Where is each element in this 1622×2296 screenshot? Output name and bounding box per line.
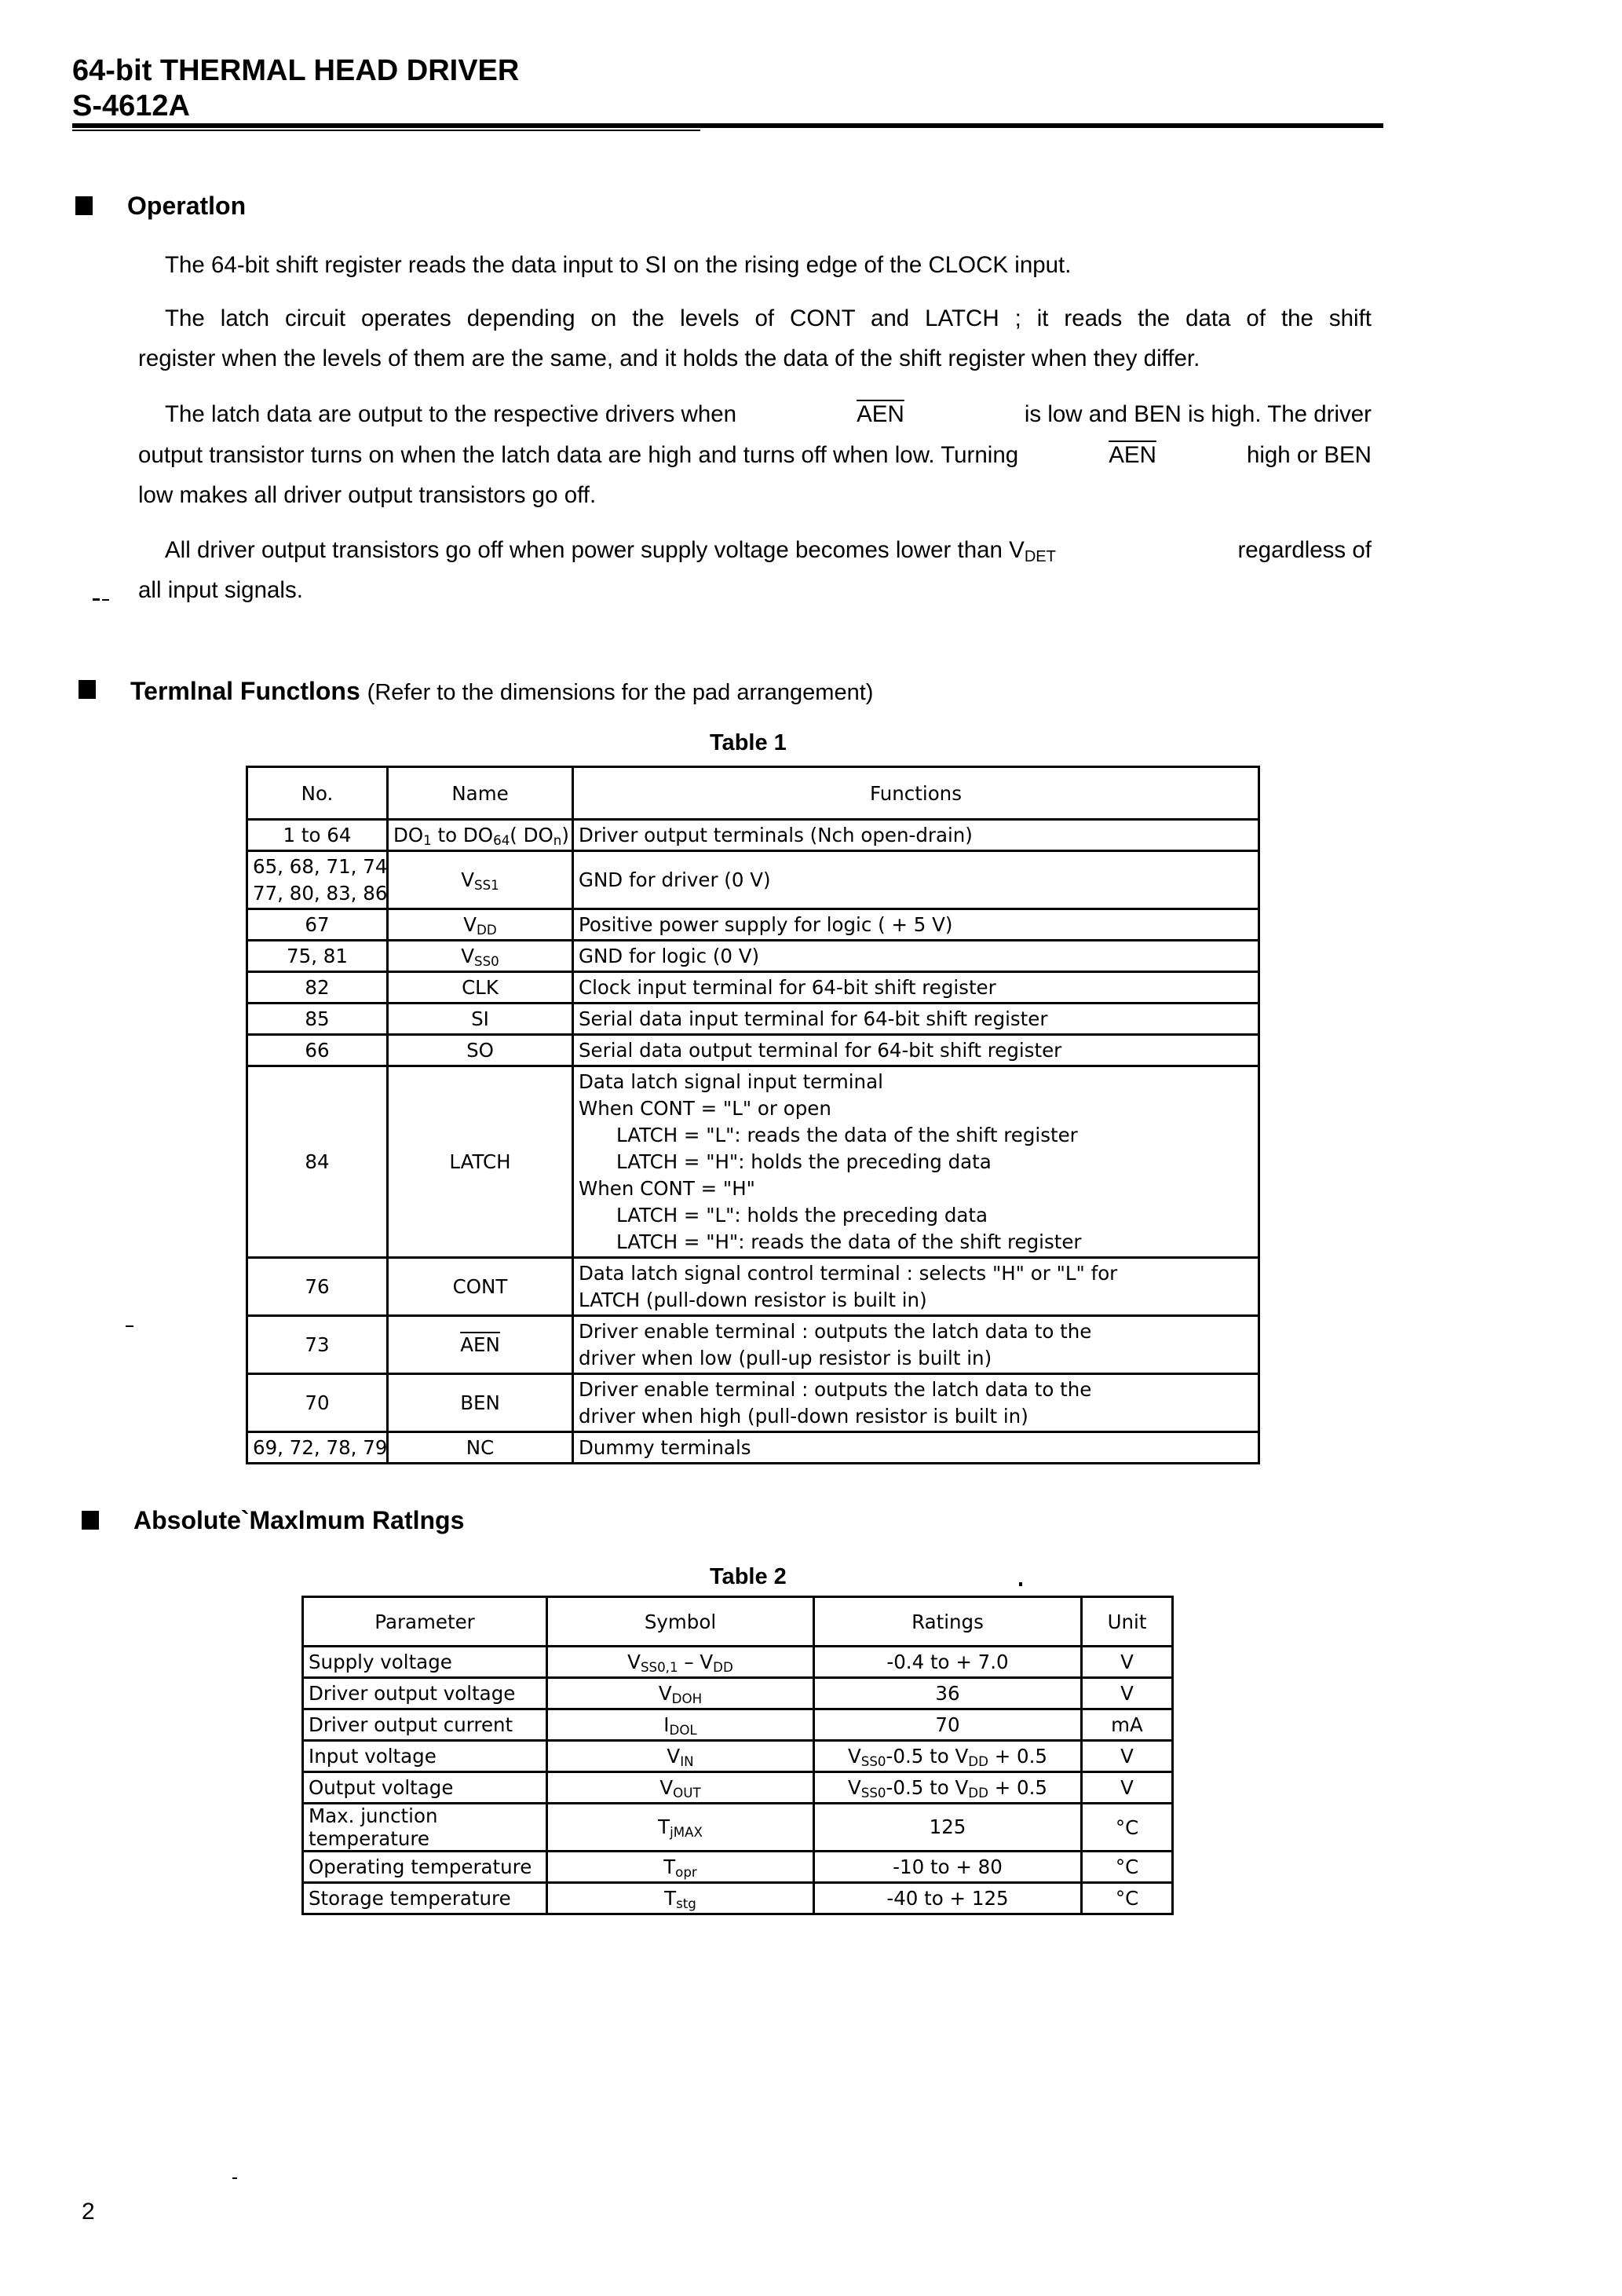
- cell-symbol: Topr: [547, 1852, 814, 1883]
- cell-text: Serial data input terminal for 64-bit sh…: [579, 1006, 1253, 1033]
- cell-no: 75, 81: [247, 941, 388, 972]
- text: – V: [678, 1651, 714, 1673]
- section-bullet-icon: [82, 1511, 99, 1530]
- cell-text: 82: [253, 974, 382, 1001]
- cell-text: VDD: [393, 912, 567, 938]
- subscript: OUT: [673, 1786, 700, 1801]
- text: 125: [930, 1815, 966, 1838]
- text: All driver output transistors go off whe…: [165, 537, 1025, 563]
- column-header-no: No.: [247, 767, 388, 820]
- subscript: DOL: [670, 1723, 697, 1738]
- table-header-row: No. Name Functions: [247, 767, 1259, 820]
- cell-text: 85: [253, 1006, 382, 1033]
- table-row: 1 to 64DO1 to DO64( DOn)Driver output te…: [247, 820, 1259, 851]
- text: output transistor turns on when the latc…: [138, 440, 1018, 471]
- cell-text: 65, 68, 71, 74,: [253, 854, 382, 880]
- scan-artifact: [126, 1325, 133, 1327]
- cell-ratings: -40 to + 125: [814, 1883, 1082, 1914]
- operation-paragraph-3-line-3: low makes all driver output transistors …: [138, 480, 596, 511]
- cell-functions: Clock input terminal for 64-bit shift re…: [573, 972, 1259, 1004]
- cell-parameter: Supply voltage: [303, 1647, 547, 1678]
- table-2-caption: Table 2: [710, 1563, 787, 1591]
- cell-symbol: IDOL: [547, 1709, 814, 1741]
- cell-unit: °C: [1082, 1852, 1173, 1883]
- text: -0.5 to V: [886, 1776, 969, 1799]
- text: T: [663, 1855, 675, 1878]
- cell-no: 76: [247, 1258, 388, 1316]
- cell-unit: V: [1082, 1647, 1173, 1678]
- cell-functions: Data latch signal control terminal : sel…: [573, 1258, 1259, 1316]
- cell-parameter: Operating temperature: [303, 1852, 547, 1883]
- cell-text: SO: [393, 1037, 567, 1064]
- cell-no: 84: [247, 1066, 388, 1258]
- cell-name: CONT: [388, 1258, 573, 1316]
- subscript: stg: [676, 1896, 696, 1911]
- cell-functions: Driver enable terminal : outputs the lat…: [573, 1374, 1259, 1432]
- section-heading-absolute-maximum-ratings: Absolute`Maxlmum Ratlngs: [133, 1504, 464, 1536]
- cell-parameter: Output voltage: [303, 1772, 547, 1804]
- cell-text: LATCH = "L": reads the data of the shift…: [579, 1122, 1253, 1149]
- cell-symbol: Tstg: [547, 1883, 814, 1914]
- column-header-functions: Functions: [573, 767, 1259, 820]
- subscript: DD: [477, 923, 497, 938]
- text: regardless of: [1237, 535, 1372, 566]
- table-row: 76CONTData latch signal control terminal…: [247, 1258, 1259, 1316]
- cell-no: 73: [247, 1316, 388, 1374]
- text: All driver output transistors go off whe…: [165, 535, 1056, 566]
- operation-paragraph-3-line-2: output transistor turns on when the latc…: [138, 440, 1372, 471]
- section-heading-terminal-functions: Termlnal Functlons (Refer to the dimensi…: [130, 675, 873, 708]
- cell-text: VSS0-0.5 to VDD + 0.5: [820, 1775, 1076, 1801]
- cell-text: 67: [253, 912, 382, 938]
- scan-artifact: [1019, 1582, 1022, 1586]
- subscript: jMAX: [670, 1825, 703, 1840]
- table-row: 84LATCHData latch signal input terminalW…: [247, 1066, 1259, 1258]
- aen-signal: AEN: [857, 399, 904, 430]
- cell-functions: Driver output terminals (Nch open-drain): [573, 820, 1259, 851]
- section-bullet-icon: [79, 680, 96, 699]
- text: T: [658, 1815, 670, 1838]
- cell-text: DO1 to DO64( DOn): [393, 822, 567, 849]
- text: V: [659, 1776, 673, 1799]
- cell-parameter: Driver output current: [303, 1709, 547, 1741]
- column-header-symbol: Symbol: [547, 1597, 814, 1647]
- cell-name: CLK: [388, 972, 573, 1004]
- document-title: 64-bit THERMAL HEAD DRIVER: [72, 53, 519, 88]
- text: ): [561, 824, 569, 846]
- cell-ratings: -0.4 to + 7.0: [814, 1647, 1082, 1678]
- subscript: 1: [423, 833, 432, 848]
- cell-name: SO: [388, 1035, 573, 1066]
- cell-text: Serial data output terminal for 64-bit s…: [579, 1037, 1253, 1064]
- subscript: DD: [713, 1660, 733, 1675]
- cell-text: 1 to 64: [253, 822, 382, 849]
- text: V: [463, 913, 477, 936]
- cell-name: VSS1: [388, 851, 573, 909]
- cell-ratings: 125: [814, 1804, 1082, 1852]
- text: The latch data are output to the respect…: [165, 399, 736, 430]
- cell-text: 70: [820, 1712, 1076, 1738]
- cell-symbol: TjMAX: [547, 1804, 814, 1852]
- cell-text: 84: [253, 1149, 382, 1175]
- table-row: Storage temperatureTstg-40 to + 125°C: [303, 1883, 1173, 1914]
- header-rule-thin: [72, 130, 700, 131]
- column-header-ratings: Ratings: [814, 1597, 1082, 1647]
- cell-name: LATCH: [388, 1066, 573, 1258]
- cell-text: Driver output terminals (Nch open-drain): [579, 822, 1253, 849]
- absolute-maximum-ratings-table: Parameter Symbol Ratings Unit Supply vol…: [301, 1596, 1174, 1915]
- cell-no: 69, 72, 78, 79: [247, 1432, 388, 1464]
- cell-unit: °C: [1082, 1883, 1173, 1914]
- text: -10 to + 80: [893, 1855, 1003, 1878]
- cell-text: VDOH: [553, 1680, 808, 1707]
- heading-text: Termlnal Functlons: [130, 677, 360, 705]
- cell-name: BEN: [388, 1374, 573, 1432]
- cell-text: GND for logic (0 V): [579, 943, 1253, 970]
- table-row: 70BENDriver enable terminal : outputs th…: [247, 1374, 1259, 1432]
- header-rule: [72, 123, 1383, 128]
- cell-name: VSS0: [388, 941, 573, 972]
- cell-functions: GND for driver (0 V): [573, 851, 1259, 909]
- subscript: SS0: [861, 1754, 886, 1769]
- cell-text: 73: [253, 1332, 382, 1358]
- text: V: [848, 1745, 861, 1768]
- cell-text: When CONT = "L" or open: [579, 1095, 1253, 1122]
- cell-text: 66: [253, 1037, 382, 1064]
- cell-text: NC: [393, 1435, 567, 1461]
- table-row: Supply voltageVSS0,1 – VDD-0.4 to + 7.0V: [303, 1647, 1173, 1678]
- cell-text: 75, 81: [253, 943, 382, 970]
- cell-text: VOUT: [553, 1775, 808, 1801]
- cell-text: 125: [820, 1814, 1076, 1841]
- cell-name: AEN: [388, 1316, 573, 1374]
- cell-text: LATCH: [393, 1149, 567, 1175]
- cell-functions: Data latch signal input terminalWhen CON…: [573, 1066, 1259, 1258]
- cell-text: 76: [253, 1274, 382, 1300]
- operation-paragraph-2-line-2: register when the levels of them are the…: [138, 343, 1200, 375]
- cell-no: 67: [247, 909, 388, 941]
- cell-text: LATCH = "L": holds the preceding data: [579, 1202, 1253, 1229]
- text: V: [667, 1745, 680, 1768]
- table-row: Operating temperatureTopr-10 to + 80°C: [303, 1852, 1173, 1883]
- cell-text: SI: [393, 1006, 567, 1033]
- cell-text: CONT: [393, 1274, 567, 1300]
- table-1-caption: Table 1: [710, 729, 787, 757]
- cell-ratings: VSS0-0.5 to VDD + 0.5: [814, 1772, 1082, 1804]
- table-row: 82CLKClock input terminal for 64-bit shi…: [247, 972, 1259, 1004]
- cell-symbol: VIN: [547, 1741, 814, 1772]
- subscript: SS0: [474, 954, 499, 969]
- cell-functions: Serial data input terminal for 64-bit sh…: [573, 1004, 1259, 1035]
- cell-text: Driver enable terminal : outputs the lat…: [579, 1377, 1253, 1403]
- cell-text: VSS0: [393, 943, 567, 970]
- text: + 0.5: [988, 1776, 1047, 1799]
- cell-name: NC: [388, 1432, 573, 1464]
- operation-paragraph-4-line-2: all input signals.: [138, 575, 303, 606]
- text: V: [848, 1776, 861, 1799]
- text: V: [461, 868, 474, 891]
- subscript: n: [553, 833, 562, 848]
- aen-signal: AEN: [1109, 440, 1156, 471]
- cell-unit: V: [1082, 1741, 1173, 1772]
- cell-text: IDOL: [553, 1712, 808, 1738]
- cell-parameter: Max. junction temperature: [303, 1804, 547, 1852]
- cell-unit: V: [1082, 1678, 1173, 1709]
- subscript: DD: [968, 1754, 988, 1769]
- subscript: DD: [968, 1786, 988, 1801]
- subscript: opr: [675, 1865, 697, 1880]
- operation-paragraph-2-line-1: The latch circuit operates depending on …: [165, 303, 1372, 335]
- scan-artifact: [232, 2177, 237, 2179]
- table-row: 66SOSerial data output terminal for 64-b…: [247, 1035, 1259, 1066]
- cell-no: 1 to 64: [247, 820, 388, 851]
- cell-ratings: 36: [814, 1678, 1082, 1709]
- cell-no: 70: [247, 1374, 388, 1432]
- cell-text: GND for driver (0 V): [579, 867, 1253, 894]
- subscript: SS1: [474, 878, 499, 893]
- cell-text: 77, 80, 83, 86: [253, 880, 382, 907]
- cell-text: Tstg: [553, 1885, 808, 1912]
- text: -40 to + 125: [886, 1887, 1008, 1910]
- cell-ratings: VSS0-0.5 to VDD + 0.5: [814, 1741, 1082, 1772]
- cell-unit: V: [1082, 1772, 1173, 1804]
- table-row: 69, 72, 78, 79NCDummy terminals: [247, 1432, 1259, 1464]
- cell-text: VIN: [553, 1743, 808, 1770]
- cell-parameter: Driver output voltage: [303, 1678, 547, 1709]
- cell-no: 65, 68, 71, 74,77, 80, 83, 86: [247, 851, 388, 909]
- table-row: 75, 81VSS0GND for logic (0 V): [247, 941, 1259, 972]
- cell-no: 66: [247, 1035, 388, 1066]
- subscript: DOH: [672, 1691, 702, 1706]
- text: V: [461, 945, 474, 967]
- cell-symbol: VSS0,1 – VDD: [547, 1647, 814, 1678]
- cell-text: AEN: [393, 1332, 567, 1358]
- cell-text: Topr: [553, 1854, 808, 1881]
- cell-no: 82: [247, 972, 388, 1004]
- cell-text: VSS1: [393, 867, 567, 894]
- table-row: 67VDDPositive power supply for logic ( +…: [247, 909, 1259, 941]
- cell-text: VSS0-0.5 to VDD + 0.5: [820, 1743, 1076, 1770]
- cell-functions: Dummy terminals: [573, 1432, 1259, 1464]
- text: DO: [393, 824, 423, 846]
- heading-note: (Refer to the dimensions for the pad arr…: [367, 680, 874, 705]
- cell-text: LATCH = "H": reads the data of the shift…: [579, 1229, 1253, 1256]
- cell-text: Positive power supply for logic ( + 5 V): [579, 912, 1253, 938]
- text: V: [659, 1682, 672, 1705]
- cell-text: 70: [253, 1390, 382, 1417]
- column-header-unit: Unit: [1082, 1597, 1173, 1647]
- cell-name: DO1 to DO64( DOn): [388, 820, 573, 851]
- scan-artifact: [93, 598, 100, 601]
- table-row: Input voltageVINVSS0-0.5 to VDD + 0.5V: [303, 1741, 1173, 1772]
- subscript: IN: [680, 1754, 693, 1769]
- cell-text: Data latch signal input terminal: [579, 1069, 1253, 1095]
- cell-text: When CONT = "H": [579, 1175, 1253, 1202]
- cell-no: 85: [247, 1004, 388, 1035]
- text: ( DO: [510, 824, 553, 846]
- cell-parameter: Storage temperature: [303, 1883, 547, 1914]
- subscript: 64: [493, 833, 510, 848]
- cell-text: BEN: [393, 1390, 567, 1417]
- cell-text: driver when high (pull-down resistor is …: [579, 1403, 1253, 1430]
- table-row: 73AENDriver enable terminal : outputs th…: [247, 1316, 1259, 1374]
- cell-functions: Positive power supply for logic ( + 5 V): [573, 909, 1259, 941]
- cell-text: TjMAX: [553, 1814, 808, 1841]
- cell-text: -10 to + 80: [820, 1854, 1076, 1881]
- cell-functions: Serial data output terminal for 64-bit s…: [573, 1035, 1259, 1066]
- column-header-parameter: Parameter: [303, 1597, 547, 1647]
- cell-text: -0.4 to + 7.0: [820, 1649, 1076, 1676]
- text: is low and BEN is high. The driver: [1025, 399, 1372, 430]
- section-bullet-icon: [75, 196, 93, 215]
- operation-paragraph-4-line-1: All driver output transistors go off whe…: [165, 535, 1372, 566]
- cell-text: LATCH = "H": holds the preceding data: [579, 1149, 1253, 1175]
- text: -0.4 to + 7.0: [886, 1651, 1008, 1673]
- cell-text: driver when low (pull-up resistor is bui…: [579, 1345, 1253, 1372]
- subscript: SS0: [861, 1786, 886, 1801]
- cell-text: CLK: [393, 974, 567, 1001]
- cell-name: VDD: [388, 909, 573, 941]
- cell-ratings: -10 to + 80: [814, 1852, 1082, 1883]
- cell-functions: GND for logic (0 V): [573, 941, 1259, 972]
- cell-unit: °C: [1082, 1804, 1173, 1852]
- cell-text: VSS0,1 – VDD: [553, 1649, 808, 1676]
- cell-text: Data latch signal control terminal : sel…: [579, 1260, 1253, 1287]
- cell-parameter: Input voltage: [303, 1741, 547, 1772]
- cell-unit: mA: [1082, 1709, 1173, 1741]
- cell-name: SI: [388, 1004, 573, 1035]
- text: V: [627, 1651, 641, 1673]
- text: high or BEN: [1247, 440, 1372, 471]
- cell-text: -40 to + 125: [820, 1885, 1076, 1912]
- table-row: Output voltageVOUTVSS0-0.5 to VDD + 0.5V: [303, 1772, 1173, 1804]
- scan-artifact: [102, 599, 109, 601]
- cell-text: Clock input terminal for 64-bit shift re…: [579, 974, 1253, 1001]
- text: + 0.5: [988, 1745, 1047, 1768]
- text: 70: [935, 1713, 959, 1736]
- table-row: Driver output voltageVDOH36V: [303, 1678, 1173, 1709]
- page-number: 2: [82, 2199, 95, 2225]
- table-row: Max. junction temperatureTjMAX125°C: [303, 1804, 1173, 1852]
- table-header-row: Parameter Symbol Ratings Unit: [303, 1597, 1173, 1647]
- table-row: Driver output currentIDOL70mA: [303, 1709, 1173, 1741]
- cell-text: 36: [820, 1680, 1076, 1707]
- text: -0.5 to V: [886, 1745, 969, 1768]
- cell-ratings: 70: [814, 1709, 1082, 1741]
- cell-symbol: VDOH: [547, 1678, 814, 1709]
- section-heading-operation: Operatlon: [127, 190, 246, 221]
- part-number: S-4612A: [72, 89, 190, 123]
- cell-functions: Driver enable terminal : outputs the lat…: [573, 1316, 1259, 1374]
- cell-text: Dummy terminals: [579, 1435, 1253, 1461]
- cell-symbol: VOUT: [547, 1772, 814, 1804]
- text: T: [664, 1887, 676, 1910]
- text: I: [663, 1713, 669, 1736]
- column-header-name: Name: [388, 767, 573, 820]
- text: 36: [935, 1682, 959, 1705]
- terminal-functions-table: No. Name Functions 1 to 64DO1 to DO64( D…: [246, 766, 1260, 1464]
- subscript: SS0,1: [641, 1660, 678, 1675]
- cell-text: Driver enable terminal : outputs the lat…: [579, 1318, 1253, 1345]
- text: to DO: [432, 824, 493, 846]
- subscript: DET: [1025, 548, 1056, 565]
- cell-text: LATCH (pull-down resistor is built in): [579, 1287, 1253, 1314]
- table-row: 85SISerial data input terminal for 64-bi…: [247, 1004, 1259, 1035]
- operation-paragraph-1: The 64-bit shift register reads the data…: [165, 250, 1071, 281]
- operation-paragraph-3-line-1: The latch data are output to the respect…: [165, 399, 1372, 430]
- cell-text: 69, 72, 78, 79: [253, 1435, 382, 1461]
- table-row: 65, 68, 71, 74,77, 80, 83, 86VSS1GND for…: [247, 851, 1259, 909]
